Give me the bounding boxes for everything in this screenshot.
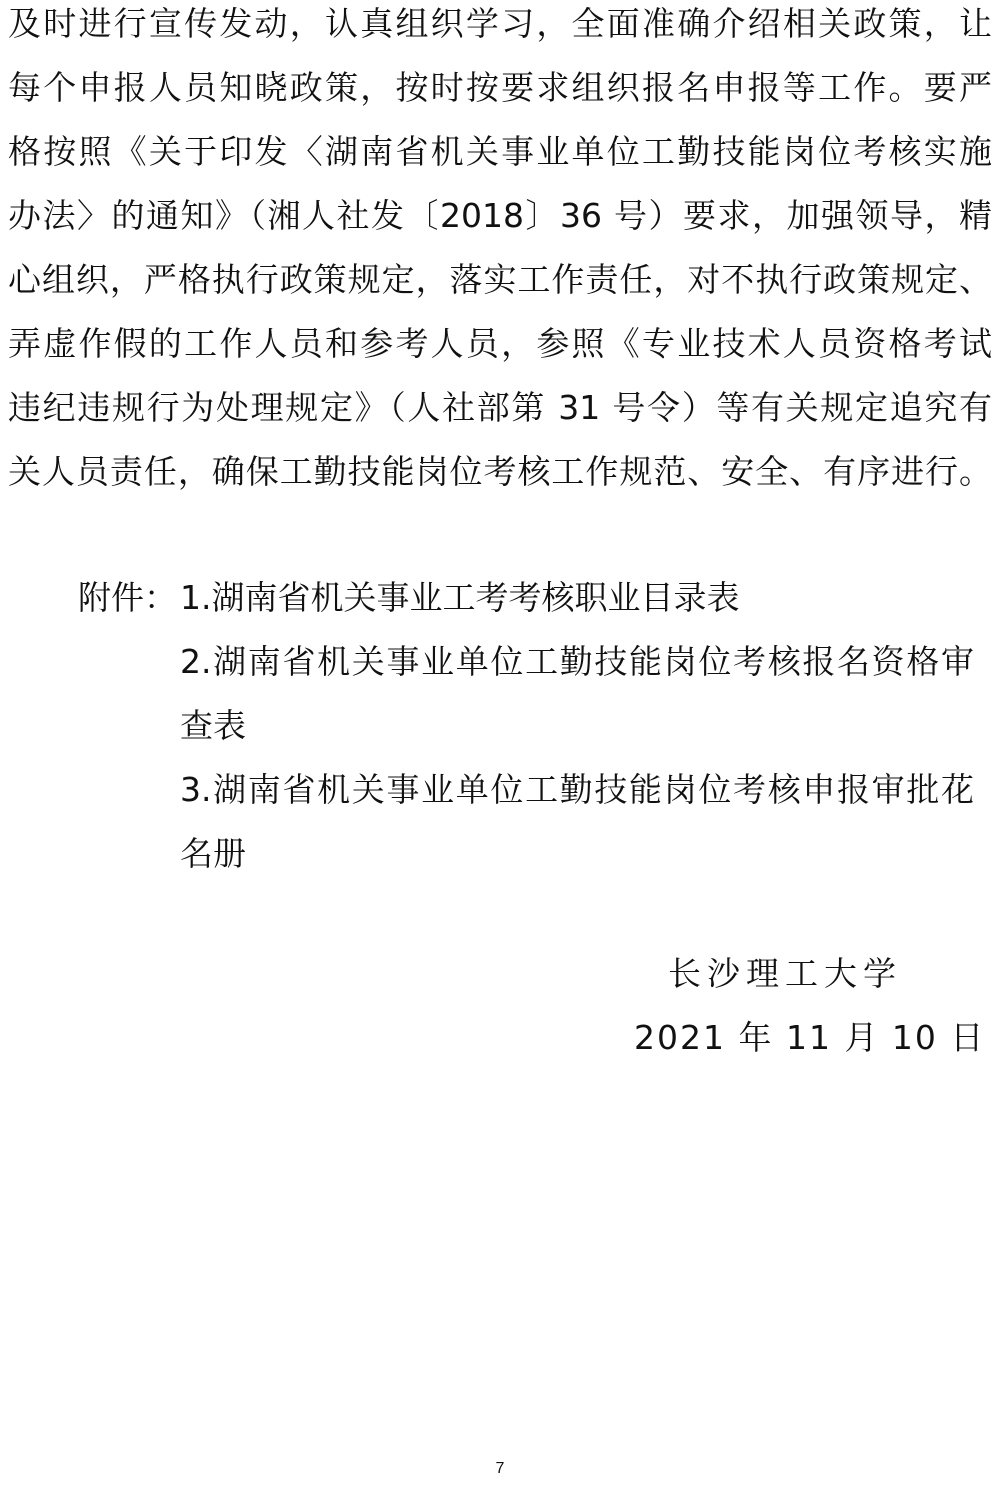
paragraph-line: 及时进行宣传发动，认真组织学习，全面准确介绍相关政策，让 — [8, 4, 992, 44]
paragraph-line: 违纪违规行为处理规定》（人社部第 31 号令）等有关规定追究有 — [8, 388, 992, 428]
attachment-item-2-continued: 查表 — [180, 706, 246, 746]
paragraph-line: 关人员责任，确保工勤技能岗位考核工作规范、安全、有序进行。 — [8, 452, 992, 492]
signature-date: 2021 年 11 月 10 日 — [634, 1018, 985, 1058]
attachment-item-1: 1.湖南省机关事业工考考核职业目录表 — [180, 578, 740, 618]
paragraph-line: 办法〉的通知》（湘人社发〔2018〕36 号）要求，加强领导，精 — [8, 196, 992, 236]
paragraph-line: 弄虚作假的工作人员和参考人员，参照《专业技术人员资格考试 — [8, 324, 992, 364]
attachment-item-2: 2.湖南省机关事业单位工勤技能岗位考核报名资格审 — [180, 642, 974, 682]
paragraph-line: 每个申报人员知晓政策，按时按要求组织报名申报等工作。要严 — [8, 68, 992, 108]
paragraph-line: 心组织，严格执行政策规定，落实工作责任，对不执行政策规定、 — [8, 260, 992, 300]
page-number: 7 — [0, 1460, 1000, 1478]
attachment-item-3-continued: 名册 — [180, 834, 246, 874]
attachment-item-3: 3.湖南省机关事业单位工勤技能岗位考核申报审批花 — [180, 770, 974, 810]
attachments-label: 附件： — [78, 578, 177, 618]
signature-organization: 长沙理工大学 — [668, 954, 902, 994]
paragraph-line: 格按照《关于印发〈湖南省机关事业单位工勤技能岗位考核实施 — [8, 132, 992, 172]
